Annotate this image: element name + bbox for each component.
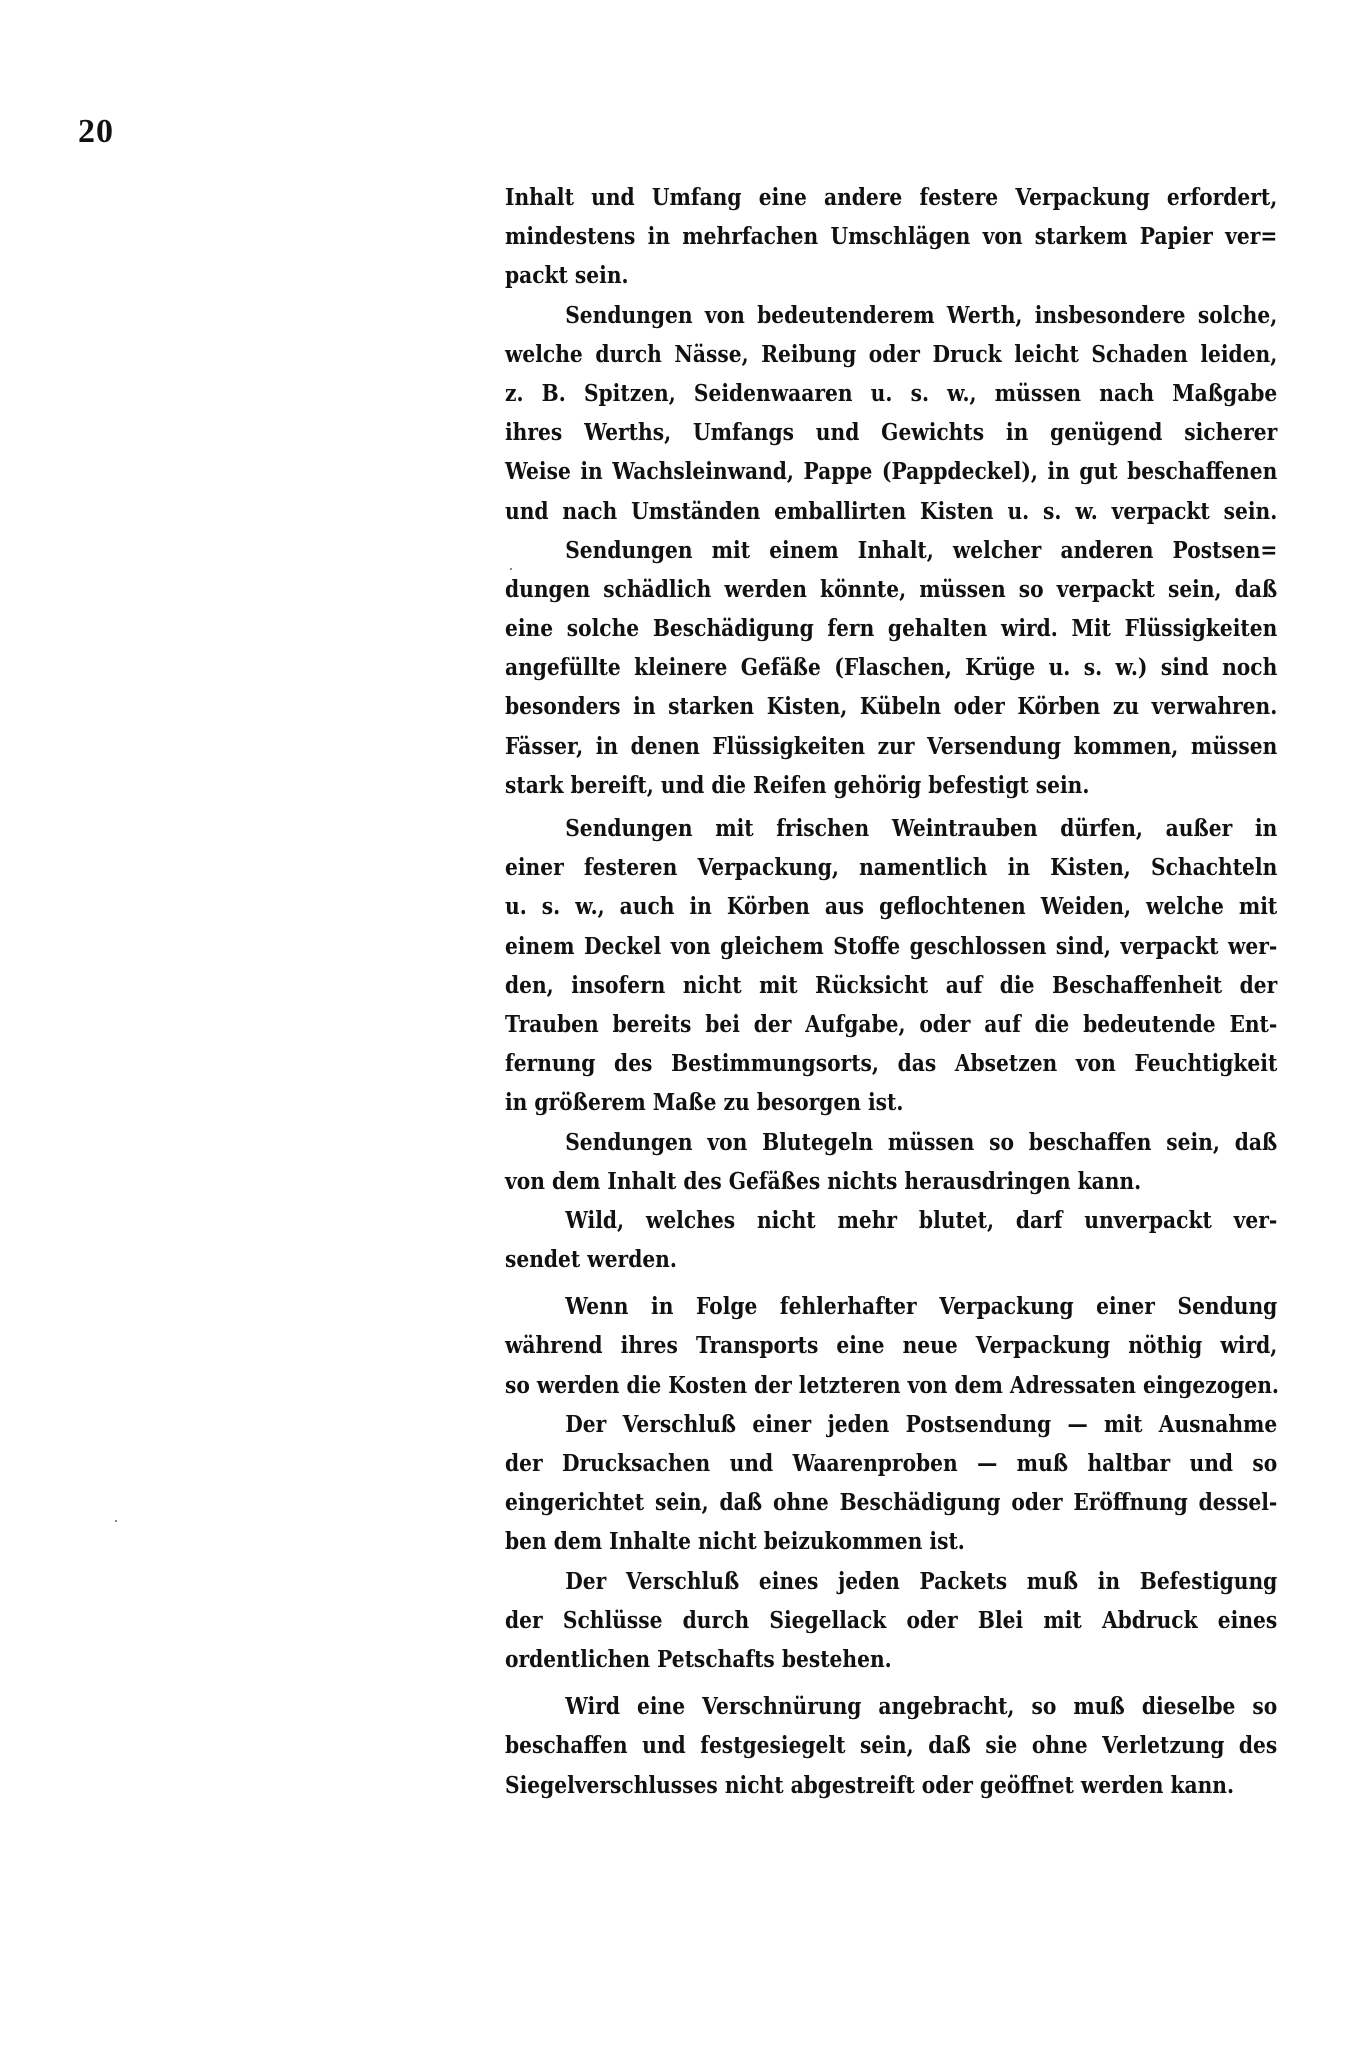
text-line: Inhalt und Umfang eine andere festere Ve… (505, 178, 1277, 217)
text-line: und nach Umständen emballirten Kisten u.… (505, 492, 1277, 531)
text-line: eine solche Beschädigung fern gehalten w… (505, 609, 1277, 648)
text-line: beschaffen und festgesiegelt sein, daß s… (505, 1726, 1277, 1765)
paragraph-cord-binding: Wird eine Verschnürung angebracht, so mu… (505, 1687, 1277, 1805)
text-line: während ihres Transports eine neue Verpa… (505, 1326, 1277, 1365)
text-line: Trauben bereits bei der Aufgabe, oder au… (505, 1005, 1277, 1044)
text-line: den, insofern nicht mit Rücksicht auf di… (505, 966, 1277, 1005)
text-line: einer festeren Verpackung, namentlich in… (505, 848, 1277, 887)
text-line: Fässer, in denen Flüssigkeiten zur Verse… (505, 727, 1277, 766)
text-line: der Schlüsse durch Siegellack oder Blei … (505, 1601, 1277, 1640)
text-line: Siegelverschlusses nicht abgestreift ode… (505, 1766, 1277, 1805)
text-line: dungen schädlich werden könnte, müssen s… (505, 570, 1277, 609)
text-line: ordentlichen Petschafts bestehen. (505, 1640, 1277, 1679)
text-line: der Drucksachen und Waarenproben — muß h… (505, 1444, 1277, 1483)
paragraph-valuable-items: Sendungen von bedeutenderem Werth, insbe… (505, 296, 1277, 531)
text-line: Der Verschluß eines jeden Packets muß in… (505, 1562, 1277, 1601)
text-line: Wild, welches nicht mehr blutet, darf un… (505, 1201, 1277, 1240)
text-line: Der Verschluß einer jeden Postsendung — … (505, 1405, 1277, 1444)
text-line: Wird eine Verschnürung angebracht, so mu… (505, 1687, 1277, 1726)
text-line: Sendungen mit frischen Weintrauben dürfe… (505, 809, 1277, 848)
text-line: eingerichtet sein, daß ohne Beschädigung… (505, 1483, 1277, 1522)
paragraph-game: Wild, welches nicht mehr blutet, darf un… (505, 1201, 1277, 1279)
text-line: sendet werden. (505, 1240, 1277, 1279)
text-line: ben dem Inhalte nicht beizukommen ist. (505, 1522, 1277, 1561)
body-text: Inhalt und Umfang eine andere festere Ve… (505, 178, 1277, 1805)
scan-speck (510, 568, 512, 570)
text-line: welche durch Nässe, Reibung oder Druck l… (505, 335, 1277, 374)
text-line: von dem Inhalt des Gefäßes nichts heraus… (505, 1162, 1277, 1201)
paragraph-closure-packets: Der Verschluß eines jeden Packets muß in… (505, 1562, 1277, 1680)
text-line: Wenn in Folge fehlerhafter Verpackung ei… (505, 1287, 1277, 1326)
paragraph-leeches: Sendungen von Blutegeln müssen so bescha… (505, 1123, 1277, 1201)
text-line: u. s. w., auch in Körben aus geflochtene… (505, 887, 1277, 926)
paragraph-continued-packaging: Inhalt und Umfang eine andere festere Ve… (505, 178, 1277, 296)
paragraph-closure-postal: Der Verschluß einer jeden Postsendung — … (505, 1405, 1277, 1562)
text-line: einem Deckel von gleichem Stoffe geschlo… (505, 927, 1277, 966)
text-line: z. B. Spitzen, Seidenwaaren u. s. w., mü… (505, 374, 1277, 413)
text-line: angefüllte kleinere Gefäße (Flaschen, Kr… (505, 648, 1277, 687)
text-line: Sendungen von Blutegeln müssen so bescha… (505, 1123, 1277, 1162)
text-line: Weise in Wachsleinwand, Pappe (Pappdecke… (505, 452, 1277, 491)
scan-speck (115, 1520, 117, 1522)
text-line: ihres Werths, Umfangs und Gewichts in ge… (505, 413, 1277, 452)
text-line: Sendungen mit einem Inhalt, welcher ande… (505, 531, 1277, 570)
text-line: stark bereift, und die Reifen gehörig be… (505, 766, 1277, 805)
text-line: besonders in starken Kisten, Kübeln oder… (505, 687, 1277, 726)
text-line: fernung des Bestimmungsorts, das Absetze… (505, 1044, 1277, 1083)
text-line: Sendungen von bedeutenderem Werth, insbe… (505, 296, 1277, 335)
paragraph-grapes: Sendungen mit frischen Weintrauben dürfe… (505, 809, 1277, 1123)
paragraph-harmful-contents: Sendungen mit einem Inhalt, welcher ande… (505, 531, 1277, 805)
paragraph-faulty-packaging: Wenn in Folge fehlerhafter Verpackung ei… (505, 1287, 1277, 1405)
text-line: mindestens in mehrfachen Umschlägen von … (505, 217, 1277, 256)
text-line: packt sein. (505, 256, 1277, 295)
text-line: in größerem Maße zu besorgen ist. (505, 1083, 1277, 1122)
page-number: 20 (78, 112, 114, 152)
text-line: so werden die Kosten der letzteren von d… (505, 1366, 1277, 1405)
